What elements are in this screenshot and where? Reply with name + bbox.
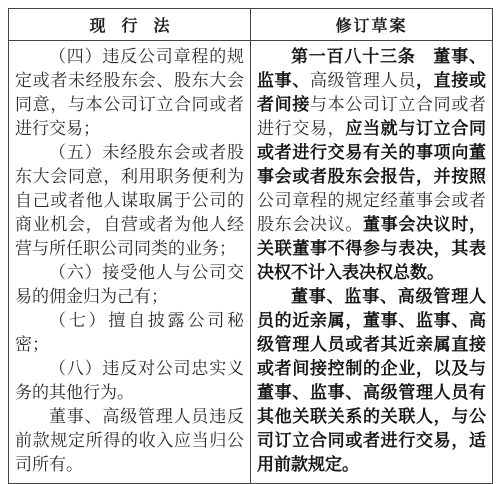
text-segment: 高级管理人员 (310, 71, 416, 90)
law-paragraph: 董事、监事、高级管理人员的近亲属，董事、监事、高级管理人员或者其近亲属直接或者间… (257, 285, 486, 440)
text-segment: （五）未经股东会或者股东大会同意，利用职务便利为自己或者他人谋取属于公司的商业机… (15, 143, 244, 258)
law-comparison-table: 现 行 法 修订草案 （四）违反公司章程的规定或者未经股东会、股东大会同意，与本… (8, 8, 493, 440)
current-law-column: （四）违反公司章程的规定或者未经股东会、股东大会同意，与本公司订立合同或者进行交… (9, 41, 251, 441)
header-revised-draft: 修订草案 (251, 9, 493, 41)
law-paragraph: （五）未经股东会或者股东大会同意，利用职务便利为自己或者他人谋取属于公司的商业机… (15, 141, 244, 261)
law-paragraph: 第一百八十三条 董事、监事、高级管理人员，直接或者间接与本公司订立合同或者进行交… (257, 45, 486, 285)
law-paragraph: 董事、高级管理人员违反前款规定所得的收入应当归公司所有。 (15, 405, 244, 440)
law-paragraph: （七）擅自披露公司秘密； (15, 309, 244, 357)
revised-text-segment: 董事、监事、高级管理人员的近亲属，董事、监事、高级管理人员或者其近亲属直接或者间… (257, 287, 486, 440)
text-segment: 董事、高级管理人员违反前款规定所得的收入应当归公司所有。 (15, 407, 244, 440)
text-segment: （四）违反公司章程的规定或者未经股东会、股东大会同意，与本公司订立合同或者进行交… (15, 47, 244, 138)
document-page: 现 行 法 修订草案 （四）违反公司章程的规定或者未经股东会、股东大会同意，与本… (0, 0, 500, 440)
text-segment: （六）接受他人与公司交易的佣金归为己有； (15, 263, 244, 306)
header-row: 现 行 法 修订草案 (9, 9, 493, 41)
header-current-law: 现 行 法 (9, 9, 251, 41)
body-row: （四）违反公司章程的规定或者未经股东会、股东大会同意，与本公司订立合同或者进行交… (9, 41, 493, 441)
law-paragraph: （六）接受他人与公司交易的佣金归为己有； (15, 261, 244, 309)
revised-draft-column: 第一百八十三条 董事、监事、高级管理人员，直接或者间接与本公司订立合同或者进行交… (251, 41, 493, 441)
text-segment: （八）违反对公司忠实义务的其他行为。 (15, 359, 244, 402)
text-segment: （七）擅自披露公司秘密； (15, 311, 244, 354)
law-paragraph: （四）违反公司章程的规定或者未经股东会、股东大会同意，与本公司订立合同或者进行交… (15, 45, 244, 141)
law-paragraph: （八）违反对公司忠实义务的其他行为。 (15, 357, 244, 405)
